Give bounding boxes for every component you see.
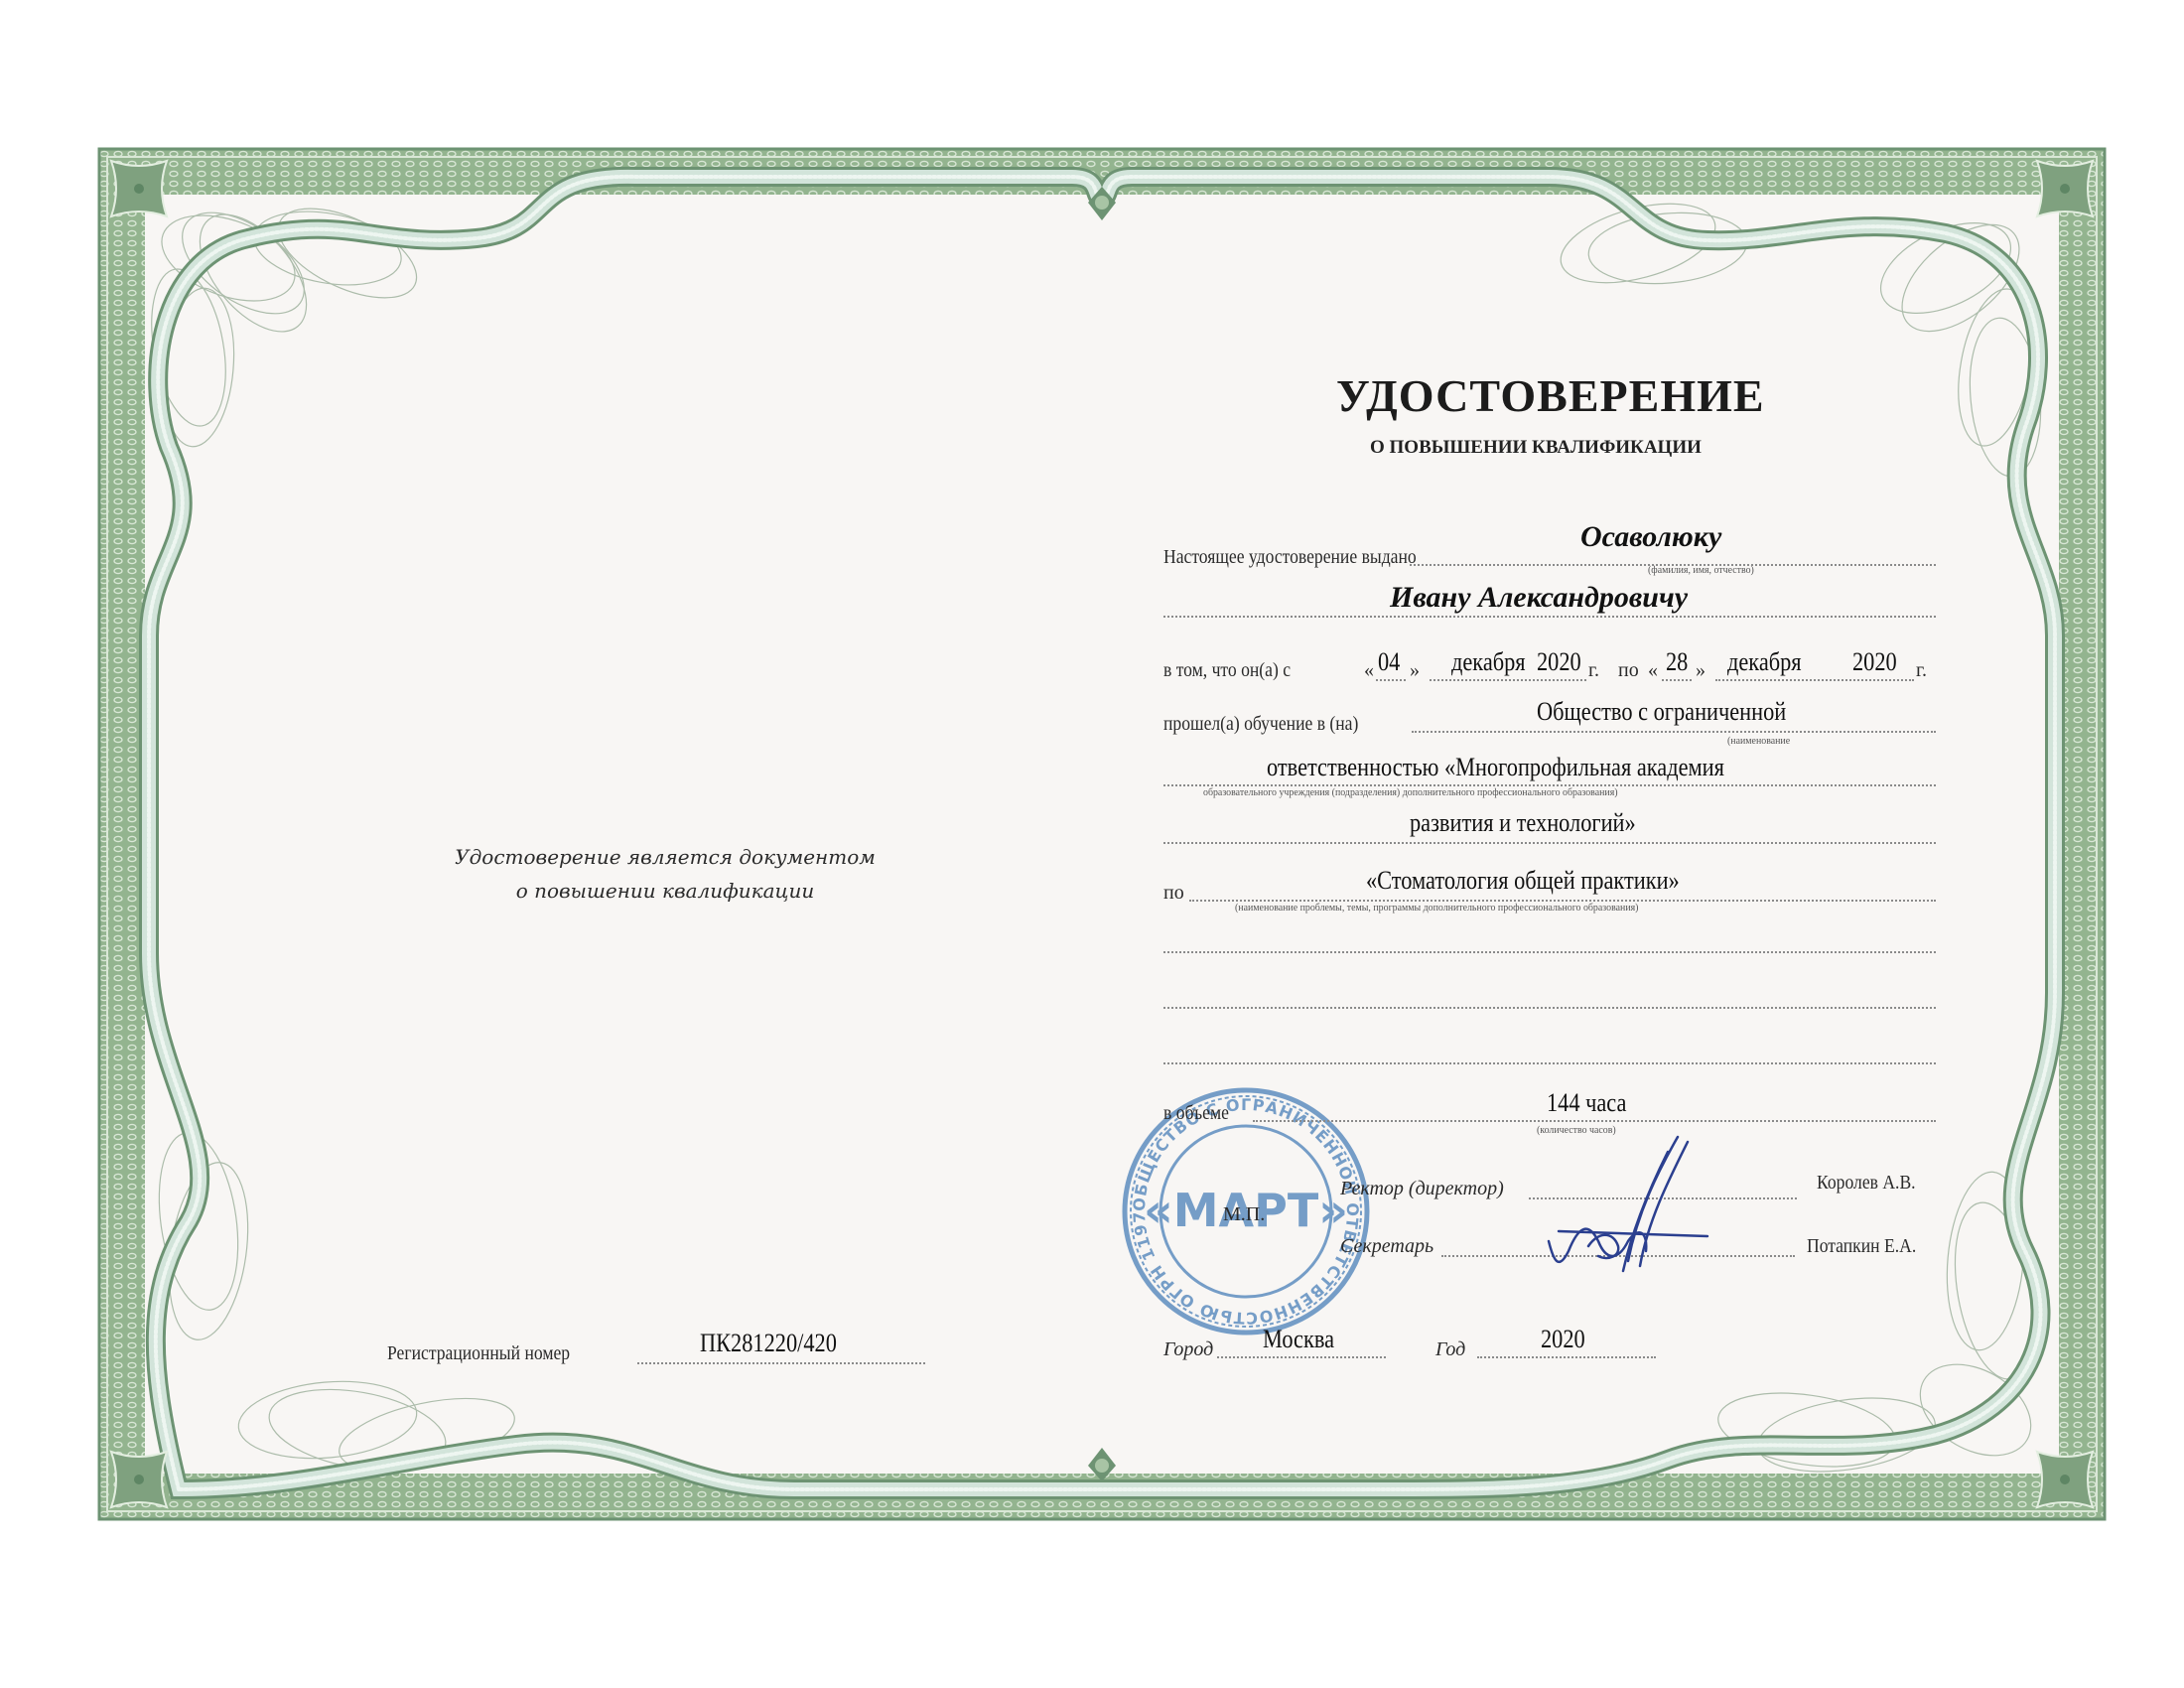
guilloche-frame [0, 0, 2184, 1688]
program-extra-dots-1 [1163, 951, 1936, 953]
period-from-year: 2020 [1537, 647, 1581, 677]
rector-signature [1529, 1132, 1727, 1281]
year-label: Год [1435, 1338, 1465, 1361]
city-value: Москва [1263, 1325, 1334, 1354]
certificate-title: УДОСТОВЕРЕНИЕ [1336, 369, 1765, 422]
program-name: «Стоматология общей практики» [1366, 866, 1680, 896]
institution-line3-dots [1163, 842, 1936, 844]
rector-name: Королев А.В. [1817, 1172, 1916, 1195]
period-from-open-quote: « [1364, 659, 1374, 682]
issued-to-hint: (фамилия, имя, отчество) [1648, 564, 1754, 576]
seal-place-label: М.П. [1223, 1203, 1265, 1226]
period-from-year-suffix: г. [1588, 659, 1599, 682]
city-label: Город [1163, 1338, 1213, 1361]
period-to-month: декабря [1727, 647, 1802, 677]
volume-dots [1253, 1120, 1936, 1122]
program-hint: (наименование проблемы, темы, программы … [1235, 902, 1638, 914]
trained-at-label: прошел(а) обучение в (на) [1163, 713, 1358, 736]
registration-dots [637, 1362, 925, 1364]
recipient-surname: Осаволюку [1580, 520, 1721, 554]
registration-number: ПК281220/420 [700, 1329, 837, 1358]
institution-line3: развития и технологий» [1410, 808, 1636, 838]
period-from-close-quote: » [1410, 659, 1420, 682]
period-from-day-dots [1376, 679, 1406, 681]
period-to-day-dots [1662, 679, 1692, 681]
year-value: 2020 [1541, 1325, 1585, 1354]
institution-line1: Общество с ограниченной [1537, 697, 1786, 727]
left-statement: Удостоверение является документом о повы… [427, 840, 903, 908]
period-to-year-suffix: г. [1916, 659, 1927, 682]
period-to-close-quote: » [1696, 659, 1706, 682]
institution-hint-a: (наименование [1727, 735, 1790, 747]
period-from-month-dots [1430, 679, 1586, 681]
institution-line1-dots [1412, 731, 1936, 733]
program-label: по [1163, 882, 1184, 905]
year-dots [1477, 1356, 1656, 1358]
period-from-month: декабря [1451, 647, 1526, 677]
rector-label: Ректор (директор) [1340, 1178, 1504, 1200]
city-dots [1217, 1356, 1386, 1358]
left-statement-line2: о повышении квалификации [427, 874, 903, 908]
period-prefix: в том, что он(а) с [1163, 659, 1291, 682]
institution-hint-b: образовательного учреждения (подразделен… [1203, 786, 1618, 798]
period-from-day: 04 [1378, 647, 1400, 677]
volume-value: 144 часа [1547, 1088, 1626, 1118]
period-to-label: по [1618, 659, 1639, 682]
period-to-year: 2020 [1852, 647, 1897, 677]
recipient-name-patronymic: Ивану Александровичу [1390, 581, 1688, 615]
left-statement-line1: Удостоверение является документом [427, 840, 903, 874]
program-extra-dots-3 [1163, 1062, 1936, 1064]
secretary-label: Секретарь [1340, 1235, 1433, 1258]
program-extra-dots-2 [1163, 1007, 1936, 1009]
period-to-day: 28 [1666, 647, 1688, 677]
volume-label: в объеме [1163, 1102, 1229, 1125]
period-to-month-dots [1715, 679, 1914, 681]
period-to-open-quote: « [1648, 659, 1658, 682]
training-period: в том, что он(а) с « 04 » декабря 2020 г… [1163, 647, 1948, 687]
issued-to-label: Настоящее удостоверение выдано [1163, 546, 1417, 569]
institution-line2: ответственностью «Многопрофильная академ… [1267, 753, 1724, 782]
certificate-subtitle: О ПОВЫШЕНИИ КВАЛИФИКАЦИИ [1370, 437, 1702, 459]
secretary-name: Потапкин Е.А. [1807, 1235, 1916, 1258]
registration-label: Регистрационный номер [387, 1342, 570, 1365]
recipient-name-dots [1163, 616, 1936, 618]
